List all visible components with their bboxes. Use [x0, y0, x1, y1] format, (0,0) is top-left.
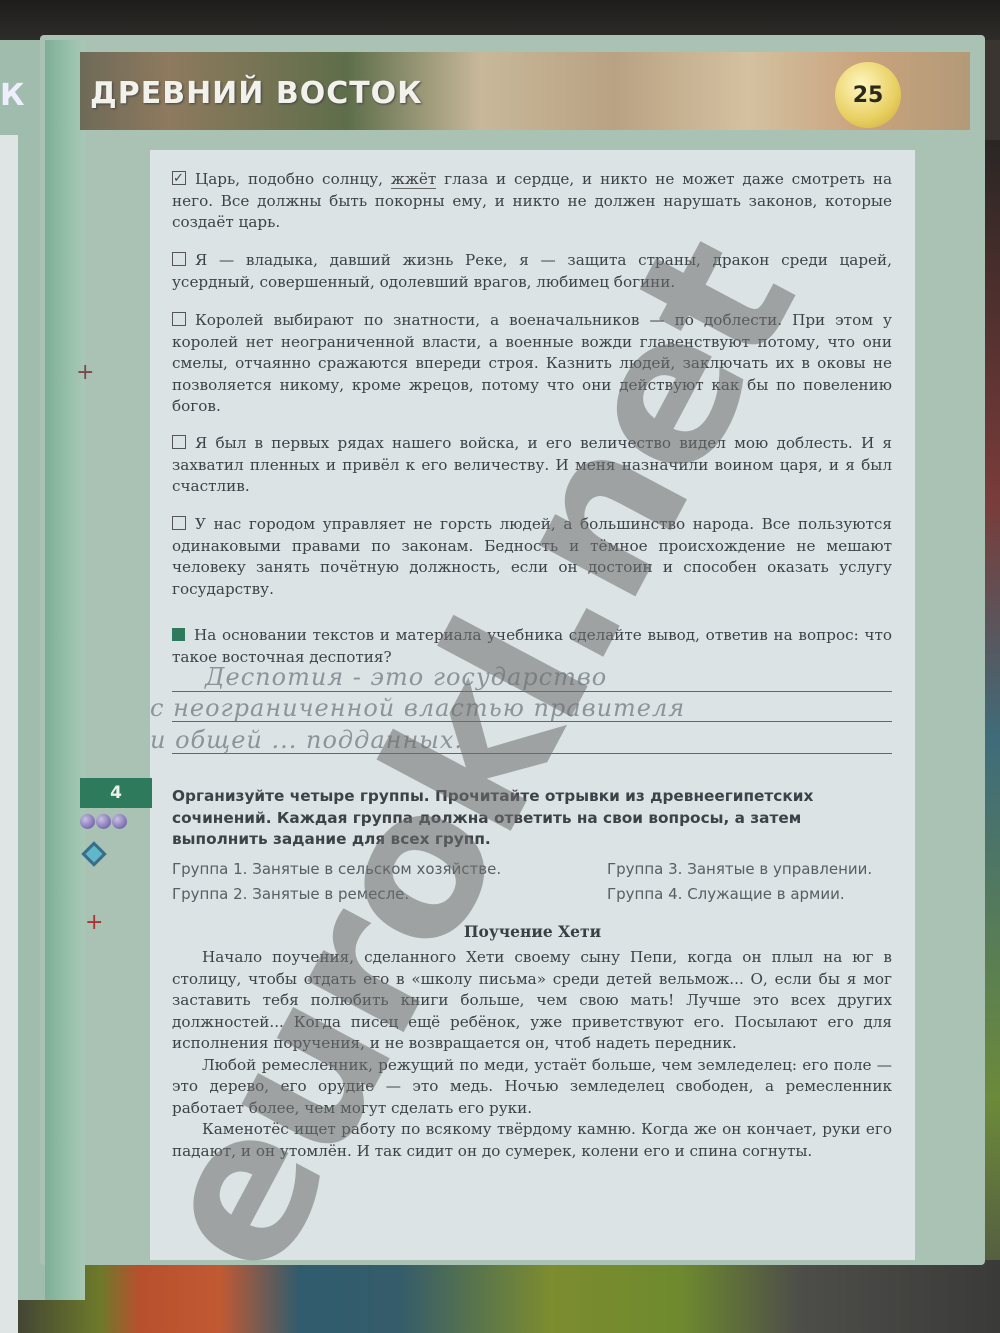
- checkbox-icon[interactable]: [172, 252, 186, 266]
- checkbox-icon[interactable]: [172, 312, 186, 326]
- reading-paragraph: Любой ремесленник, режущий по меди, уста…: [172, 1055, 892, 1120]
- task-marker-icon: [172, 628, 185, 641]
- background-carpet-top: [0, 0, 1000, 40]
- reading-paragraph: Начало поучения, сделанного Хети своему …: [172, 947, 892, 1055]
- underlined-word: жжёт: [391, 170, 436, 189]
- quote-item: Королей выбирают по знатности, а военача…: [172, 310, 892, 418]
- group-label: Группа 4. Служащие в армии.: [607, 885, 845, 903]
- group-label: Группа 3. Занятые в управлении.: [607, 860, 872, 878]
- conclusion-question: На основании текстов и материала учебник…: [172, 625, 892, 668]
- reading-paragraph: Каменотёс ищет работу по всякому твёрдом…: [172, 1119, 892, 1162]
- handwritten-answer-line: с неограниченной властью правителя: [150, 694, 685, 722]
- section-title: ДРЕВНИЙ ВОСТОК: [90, 76, 423, 111]
- checkbox-checked-icon[interactable]: [172, 171, 186, 185]
- group-label: Группа 2. Занятые в ремесле.: [172, 885, 409, 903]
- quote-item: У нас городом управляет не горсть людей,…: [172, 514, 892, 600]
- margin-plus-mark: +: [76, 360, 94, 385]
- difficulty-dots-icon: [80, 814, 127, 829]
- quote-item: Я был в первых рядах нашего войска, и ег…: [172, 433, 892, 498]
- task-number-badge: 4: [80, 778, 152, 808]
- reading-title: Поучение Хети: [150, 922, 915, 941]
- checkbox-icon[interactable]: [172, 435, 186, 449]
- reading-body: Начало поучения, сделанного Хети своему …: [172, 947, 892, 1162]
- handwritten-answer-line: Деспотия - это государство: [205, 663, 607, 691]
- group-label: Группа 1. Занятые в сельском хозяйстве.: [172, 860, 501, 878]
- task4-instruction: Организуйте четыре группы. Прочитайте от…: [172, 786, 852, 851]
- left-page-edge: [0, 40, 45, 1300]
- margin-plus-mark: +: [85, 910, 103, 935]
- page-gutter: [45, 40, 85, 1300]
- handwritten-answer-line: и общей ... подданных.: [150, 726, 463, 754]
- page-number-badge: 25: [835, 62, 901, 128]
- background-carpet-bottom: [0, 1260, 1000, 1333]
- left-page-title-fragment: К: [0, 78, 25, 113]
- checkbox-icon[interactable]: [172, 516, 186, 530]
- quote-item: Я — владыка, давший жизнь Реке, я — защи…: [172, 250, 892, 293]
- quote-item: Царь, подобно солнцу, жжёт глаза и сердц…: [172, 169, 892, 234]
